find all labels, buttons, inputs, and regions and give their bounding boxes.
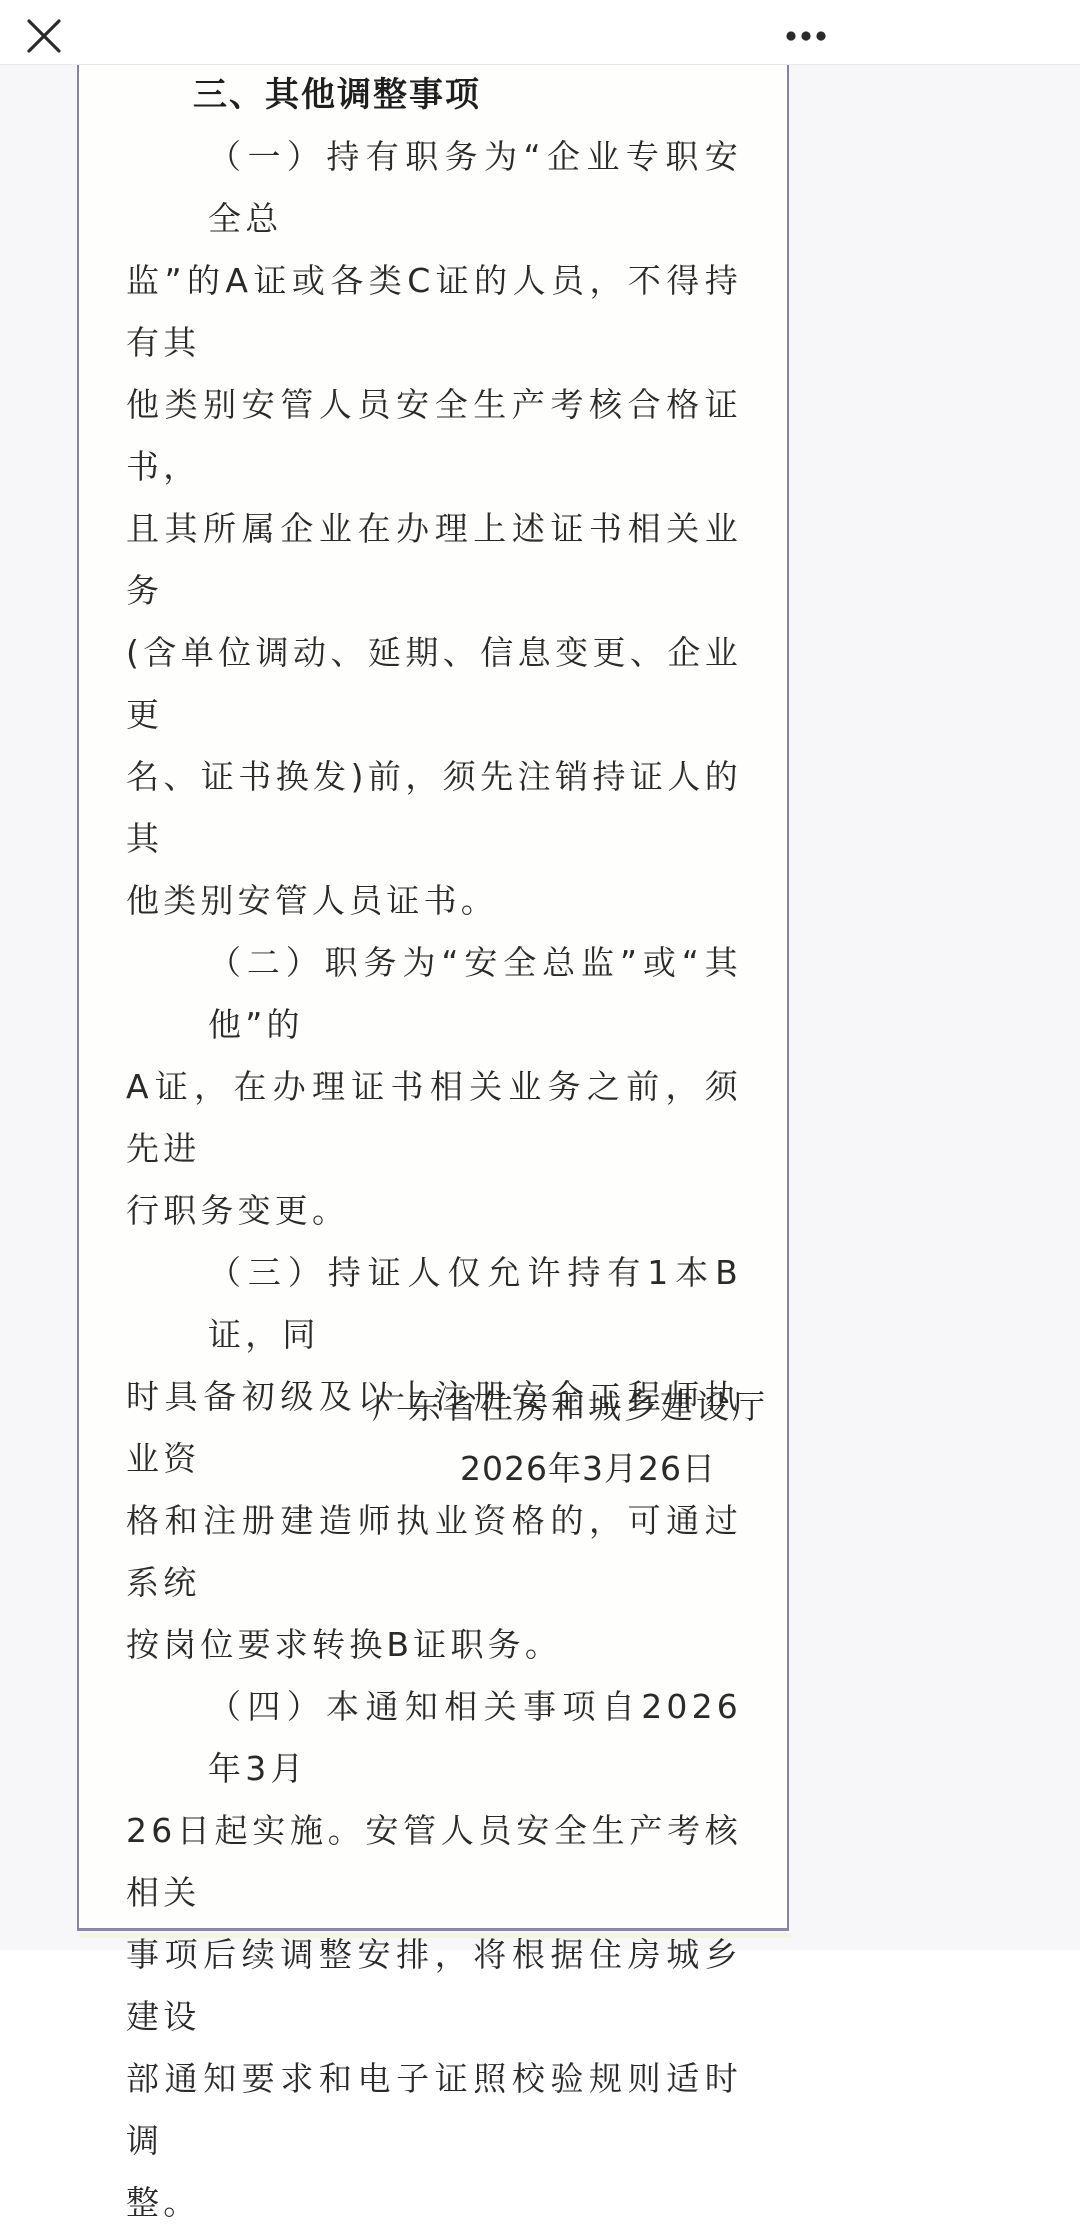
text-line: 他类别安管人员证书。 — [126, 870, 742, 932]
paragraph-4: （四）本通知相关事项自2026年3月 26日起实施。安管人员安全生产考核相关 事… — [126, 1676, 742, 1950]
text-line: (含单位调动、延期、信息变更、企业更 — [126, 622, 742, 746]
text-line: 按岗位要求转换B证职务。 — [126, 1614, 742, 1676]
text-line: 格和注册建造师执业资格的，可通过系统 — [126, 1490, 742, 1614]
text-line: 26日起实施。安管人员安全生产考核相关 — [126, 1800, 742, 1924]
close-button[interactable] — [22, 14, 66, 58]
section-heading: 三、其他调整事项 — [193, 70, 481, 120]
more-horizontal-icon — [780, 14, 836, 58]
text-line: （三）持证人仅允许持有1本B证，同 — [126, 1242, 742, 1366]
text-line: （四）本通知相关事项自2026年3月 — [126, 1676, 742, 1800]
text-line: 行职务变更。 — [126, 1180, 742, 1242]
text-line: （二）职务为“安全总监”或“其他”的 — [126, 932, 742, 1056]
top-navigation-bar — [0, 0, 1080, 65]
signature-organization: 广东省住房和城乡建设厅 — [372, 1382, 768, 1432]
text-line: 且其所属企业在办理上述证书相关业务 — [126, 498, 742, 622]
text-line: A证，在办理证书相关业务之前，须先进 — [126, 1056, 742, 1180]
more-options-button[interactable] — [780, 14, 836, 58]
text-line: 他类别安管人员安全生产考核合格证书， — [126, 374, 742, 498]
paragraph-1: （一）持有职务为“企业专职安全总 监”的A证或各类C证的人员，不得持有其 他类别… — [126, 126, 742, 932]
signature-date: 2026年3月26日 — [460, 1444, 716, 1494]
document-body: （一）持有职务为“企业专职安全总 监”的A证或各类C证的人员，不得持有其 他类别… — [126, 126, 742, 1950]
text-line: 事项后续调整安排，将根据住房城乡建设 — [126, 1924, 742, 1950]
close-icon — [22, 14, 66, 58]
paragraph-2: （二）职务为“安全总监”或“其他”的 A证，在办理证书相关业务之前，须先进 行职… — [126, 932, 742, 1242]
text-line: 监”的A证或各类C证的人员，不得持有其 — [126, 250, 742, 374]
text-line: 名、证书换发)前，须先注销持证人的其 — [126, 746, 742, 870]
text-line: （一）持有职务为“企业专职安全总 — [126, 126, 742, 250]
